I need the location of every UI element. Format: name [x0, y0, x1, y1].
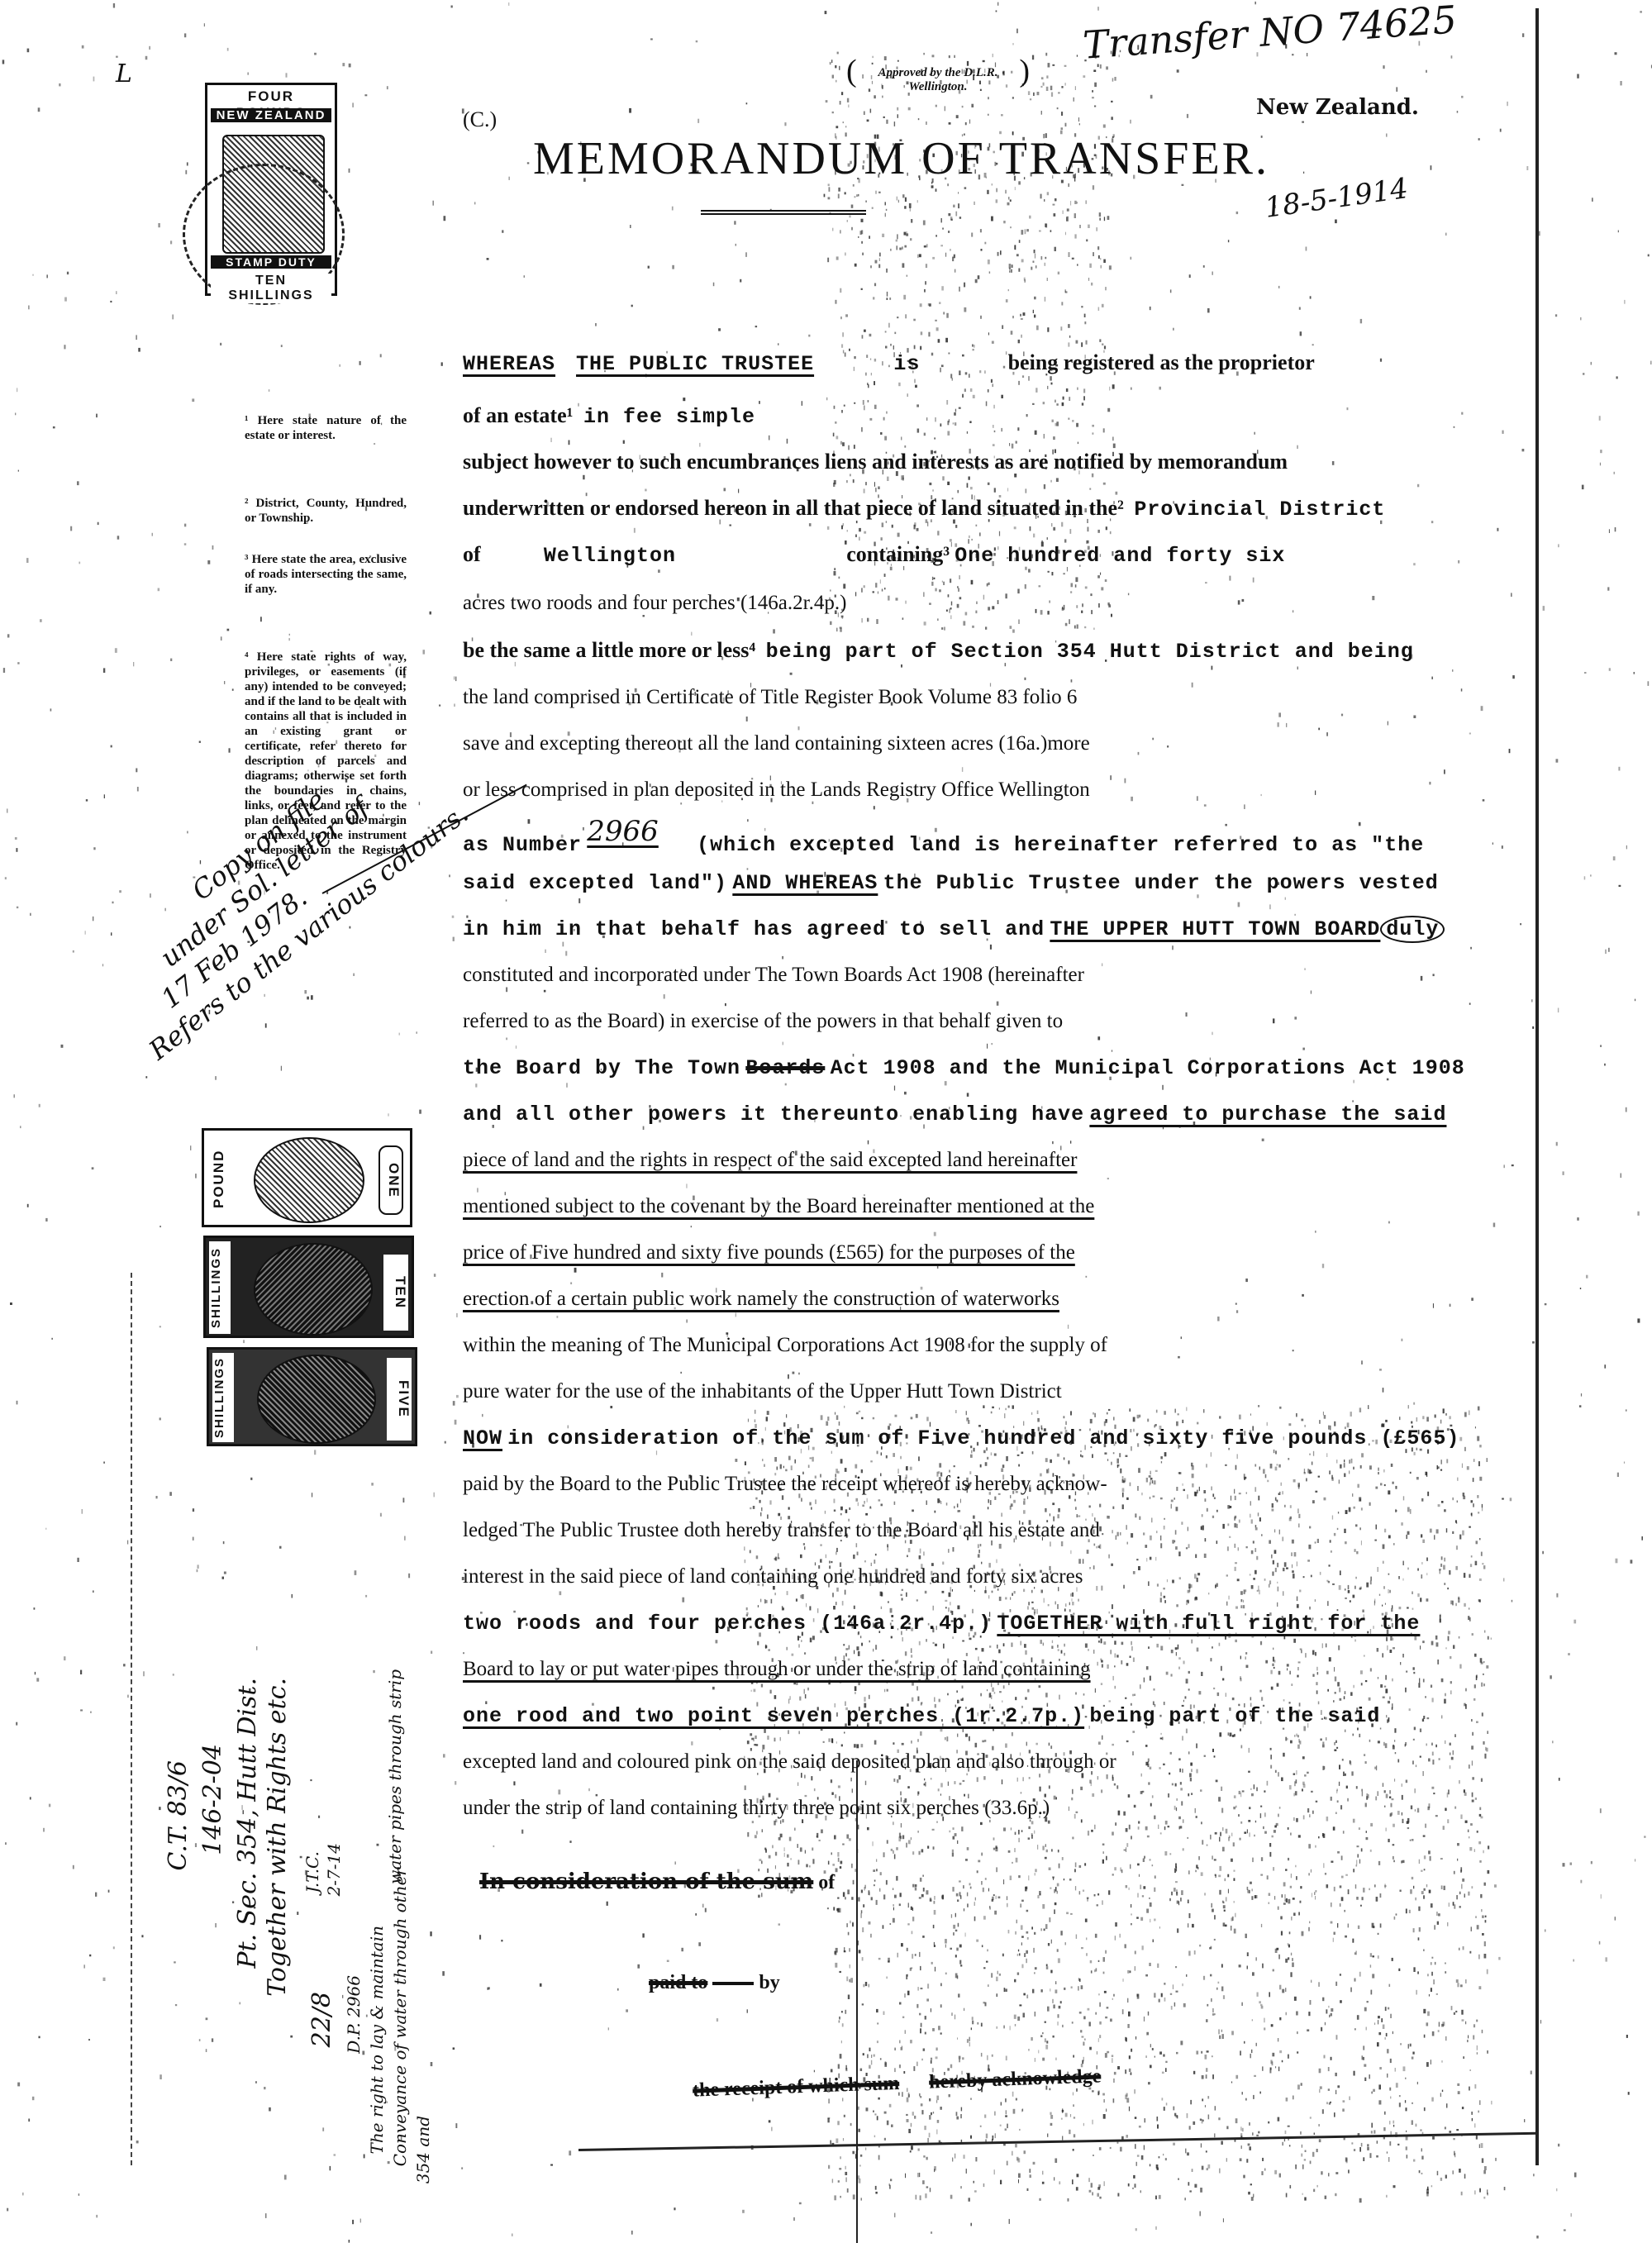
body-line-10: or less comprised in plan deposited in t… — [463, 779, 1090, 802]
now-word: NOW — [463, 1426, 502, 1450]
and-whereas: AND WHEREAS — [732, 871, 878, 895]
page-edge-right — [1535, 8, 1544, 2165]
vnote-pipes: water pipes through strip — [385, 1669, 405, 1884]
whereas-word: WHEREAS — [463, 352, 555, 376]
stamp-five-shillings: SHILLINGS FIVE — [207, 1347, 417, 1446]
printed-text: be the same a little more or less⁴ — [463, 638, 755, 662]
vnote-right: The right to lay & maintain — [367, 1926, 387, 2154]
stamp-emblem — [254, 1243, 373, 1336]
district-value: Provincial District — [1134, 498, 1385, 521]
stamp-four-pounds: FOUR POUNDS NEW ZEALAND STAMP DUTY TEN S… — [205, 83, 337, 296]
body-line-7: be the same a little more or less⁴ being… — [463, 638, 1414, 664]
body-line-30: one rood and two point seven perches (1r… — [463, 1704, 1380, 1728]
place-value: Wellington — [544, 544, 676, 568]
underlined-text: one rood and two point seven perches (1r… — [463, 1704, 1084, 1728]
of-word: of — [818, 1872, 835, 1893]
handwritten-date: 18-5-1914 — [1263, 172, 1410, 225]
body-line-23: pure water for the use of the inhabitant… — [463, 1380, 1062, 1403]
stamp-label-country: NEW ZEALAND — [211, 108, 331, 122]
typed-text: (which excepted land is hereinafter refe… — [697, 833, 1424, 857]
printed-text: of — [463, 542, 481, 566]
margin-note-2: ² District, County, Hundred, or Township… — [245, 496, 407, 526]
body-line-29: Board to lay or put water pipes through … — [463, 1658, 1091, 1681]
underlined-text: TOGETHER with full right for the — [997, 1612, 1420, 1636]
typed-text: and all other powers it thereunto enabli… — [463, 1102, 1084, 1126]
typed-text: as Number — [463, 833, 582, 857]
struck-word: Boards — [745, 1056, 825, 1080]
vnote-354: 354 and — [413, 2116, 433, 2183]
typed-text: said excepted land") — [463, 871, 727, 895]
country-label: New Zealand. — [1256, 95, 1419, 120]
stamp-right-label: FIVE — [387, 1358, 412, 1441]
stamp-left-label: SHILLINGS — [209, 1241, 231, 1334]
form-code: (C.) — [463, 107, 497, 132]
handwritten-plan-number: 2966 — [587, 815, 659, 848]
printed-text: subject however to such encumbrances lie… — [463, 450, 1288, 474]
underlined-text: agreed to purchase the said — [1089, 1102, 1446, 1126]
blank-line — [712, 1982, 754, 1985]
body-line-12: said excepted land") AND WHEREAS the Pub… — [463, 871, 1439, 895]
body-line-28: two roods and four perches (146a.2r.4p.)… — [463, 1612, 1420, 1636]
approval-line-2: Wellington. — [851, 80, 1025, 94]
stamp-right-label: TEN — [383, 1255, 408, 1331]
consideration-clause: In consideration of the sum of — [479, 1869, 835, 1894]
typed-text: in consideration of the sum of Five hund… — [507, 1426, 1459, 1450]
receipt-clause: the receipt of which sum hereby acknowle… — [693, 2065, 1102, 2102]
body-line-5: of Wellington containing³ One hundred an… — [463, 542, 1285, 568]
transferor-name: THE PUBLIC TRUSTEE — [576, 352, 814, 376]
typed-text: being part of Section 354 Hutt District … — [766, 640, 1414, 664]
stamp-emblem — [254, 1137, 364, 1223]
body-line-8: the land comprised in Certificate of Tit… — [463, 686, 1077, 709]
stamp-label-value: TEN SHILLINGS — [211, 274, 331, 303]
typed-text: the Board by The Town — [463, 1056, 740, 1080]
body-line-16: the Board by The Town Boards Act 1908 an… — [463, 1056, 1465, 1080]
area-value: One hundred and forty six — [955, 544, 1285, 568]
estate-type: in fee simple — [583, 405, 755, 429]
body-line-6: acres two roods and four perches (146a.2… — [463, 592, 846, 615]
document-title: MEMORANDUM OF TRANSFER. — [533, 132, 1269, 185]
fold-line — [856, 1760, 858, 2243]
body-line-15: referred to as the Board) in exercise of… — [463, 1010, 1063, 1033]
struck-consideration: In consideration of the sum — [479, 1869, 813, 1894]
approval-note: Approved by the D.L.R. Wellington. — [851, 66, 1025, 94]
approval-line-1: Approved by the D.L.R. — [851, 66, 1025, 80]
body-line-25: paid by the Board to the Public Trustee … — [463, 1473, 1107, 1496]
by-word: by — [759, 1972, 779, 1993]
typed-text: in him in that behalf has agreed to sell… — [463, 917, 1045, 941]
printed-text: of an estate¹ — [463, 403, 573, 427]
printed-text: containing³ — [846, 542, 950, 566]
corner-mark: L — [116, 60, 132, 88]
body-line-9: save and excepting thereout all the land… — [463, 732, 1090, 755]
stamp-one-pound: POUND ONE — [202, 1128, 412, 1227]
handwritten-transfer-number: Transfer NO 74625 — [1082, 0, 1459, 68]
vnote-ct: C.T. 83/6 — [164, 1760, 193, 1870]
body-line-27: interest in the said piece of land conta… — [463, 1565, 1083, 1588]
typed-text: the Public Trustee under the powers vest… — [883, 871, 1439, 895]
page-edge-bottom — [578, 2132, 1537, 2151]
body-line-18: piece of land and the rights in respect … — [463, 1149, 1077, 1172]
vnote-date: 2-7-14 — [324, 1843, 344, 1896]
paid-to-clause: paid to by — [649, 1972, 780, 1994]
body-line-19: mentioned subject to the covenant by the… — [463, 1195, 1094, 1218]
body-line-32: under the strip of land containing thirt… — [463, 1797, 1050, 1820]
struck-paid-to: paid to — [649, 1972, 707, 1993]
body-line-14: constituted and incorporated under The T… — [463, 964, 1084, 987]
body-line-31: excepted land and coloured pink on the s… — [463, 1750, 1116, 1774]
stamp-ten-shillings: SHILLINGS TEN — [203, 1236, 414, 1338]
is-word: is — [893, 352, 920, 376]
stamp-right-label: ONE — [378, 1145, 403, 1215]
body-line-17: and all other powers it thereunto enabli… — [463, 1102, 1446, 1126]
stamp-emblem — [257, 1355, 376, 1444]
typed-text: two roods and four perches (146a.2r.4p.) — [463, 1612, 992, 1636]
vnote-conveyance: Conveyance of water through other — [390, 1868, 410, 2166]
body-line-2: of an estate¹ in fee simple — [463, 403, 755, 429]
vnote-dp: D.P. 2966 — [344, 1975, 364, 2054]
margin-note-1: ¹ Here state nature of the estate or int… — [245, 413, 407, 443]
page-edge-left — [131, 1273, 132, 2165]
body-line-11: as Number 2966 (which excepted land is h… — [463, 825, 1424, 858]
body-line-13: in him in that behalf has agreed to sell… — [463, 917, 1445, 941]
body-line-1: WHEREAS THE PUBLIC TRUSTEE is being regi… — [463, 350, 1315, 376]
typed-text: Act 1908 and the Municipal Corporations … — [831, 1056, 1465, 1080]
stamp-label-duty: STAMP DUTY — [211, 255, 331, 269]
struck-receipt: the receipt of which sum — [693, 2073, 900, 2102]
margin-note-3: ³ Here state the area, exclusive of road… — [245, 552, 407, 597]
body-line-22: within the meaning of The Municipal Corp… — [463, 1334, 1107, 1357]
title-rule — [701, 210, 866, 215]
typed-text: being part of the said — [1089, 1704, 1380, 1728]
transferee-name: THE UPPER HUTT TOWN BOARD — [1050, 917, 1380, 941]
vnote-initials: J.T.C. — [302, 1851, 322, 1893]
body-line-24: NOW in consideration of the sum of Five … — [463, 1426, 1459, 1450]
struck-acknowledge: hereby acknowledge — [929, 2065, 1102, 2093]
circled-word: duly — [1380, 916, 1445, 943]
vnote-together: Together with Rights etc. — [263, 1678, 292, 1997]
vnote-fraction: 22/8 — [307, 1992, 336, 2047]
vnote-area: 146-2-04 — [198, 1744, 227, 1855]
body-line-26: ledged The Public Trustee doth hereby tr… — [463, 1519, 1100, 1542]
body-line-4: underwritten or endorsed hereon in all t… — [463, 496, 1385, 521]
vnote-section: Pt. Sec. 354, Hutt Dist. — [233, 1678, 262, 1969]
stamp-left-label: SHILLINGS — [212, 1353, 234, 1442]
body-line-20: price of Five hundred and sixty five pou… — [463, 1241, 1075, 1264]
body-line-3: subject however to such encumbrances lie… — [463, 450, 1288, 474]
body-line-21: erection of a certain public work namely… — [463, 1288, 1059, 1311]
printed-text: underwritten or endorsed hereon in all t… — [463, 496, 1124, 520]
stamp-left-label: POUND — [211, 1137, 232, 1220]
printed-text: being registered as the proprietor — [1008, 350, 1315, 374]
